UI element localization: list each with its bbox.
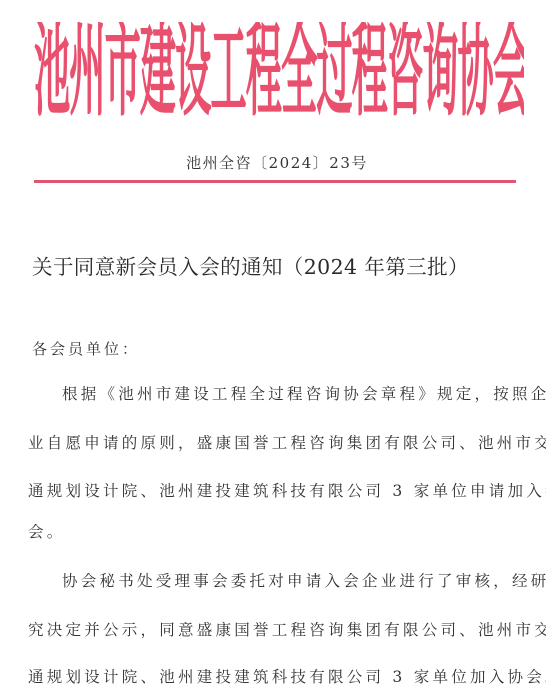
red-divider [34,180,516,183]
paragraph-line: 通规划设计院、池州建投建筑科技有限公司 3 家单位加入协会。 [28,665,546,687]
paragraph-line: 通规划设计院、池州建投建筑科技有限公司 3 家单位申请加入我 [28,479,546,501]
notice-title: 关于同意新会员入会的通知（2024 年第三批） [32,250,532,280]
paragraph-line: 根据《池州市建设工程全过程咨询协会章程》规定，按照企 [62,382,546,404]
organization-name: 池州市建设工程全过程咨询协会 [34,22,477,124]
document-number: 池州全咨〔2024〕23号 [0,152,546,173]
paragraph-line: 协会秘书处受理事会委托对申请入会企业进行了审核，经研 [62,569,546,591]
paragraph-line: 业自愿申请的原则，盛康国誉工程咨询集团有限公司、池州市交 [28,431,546,453]
paragraph-line: 会。 [28,520,66,542]
masthead: 池州市建设工程全过程咨询协会 [34,22,524,134]
paragraph-line: 究决定并公示，同意盛康国誉工程咨询集团有限公司、池州市交 [28,618,546,640]
salutation: 各会员单位： [32,338,140,359]
